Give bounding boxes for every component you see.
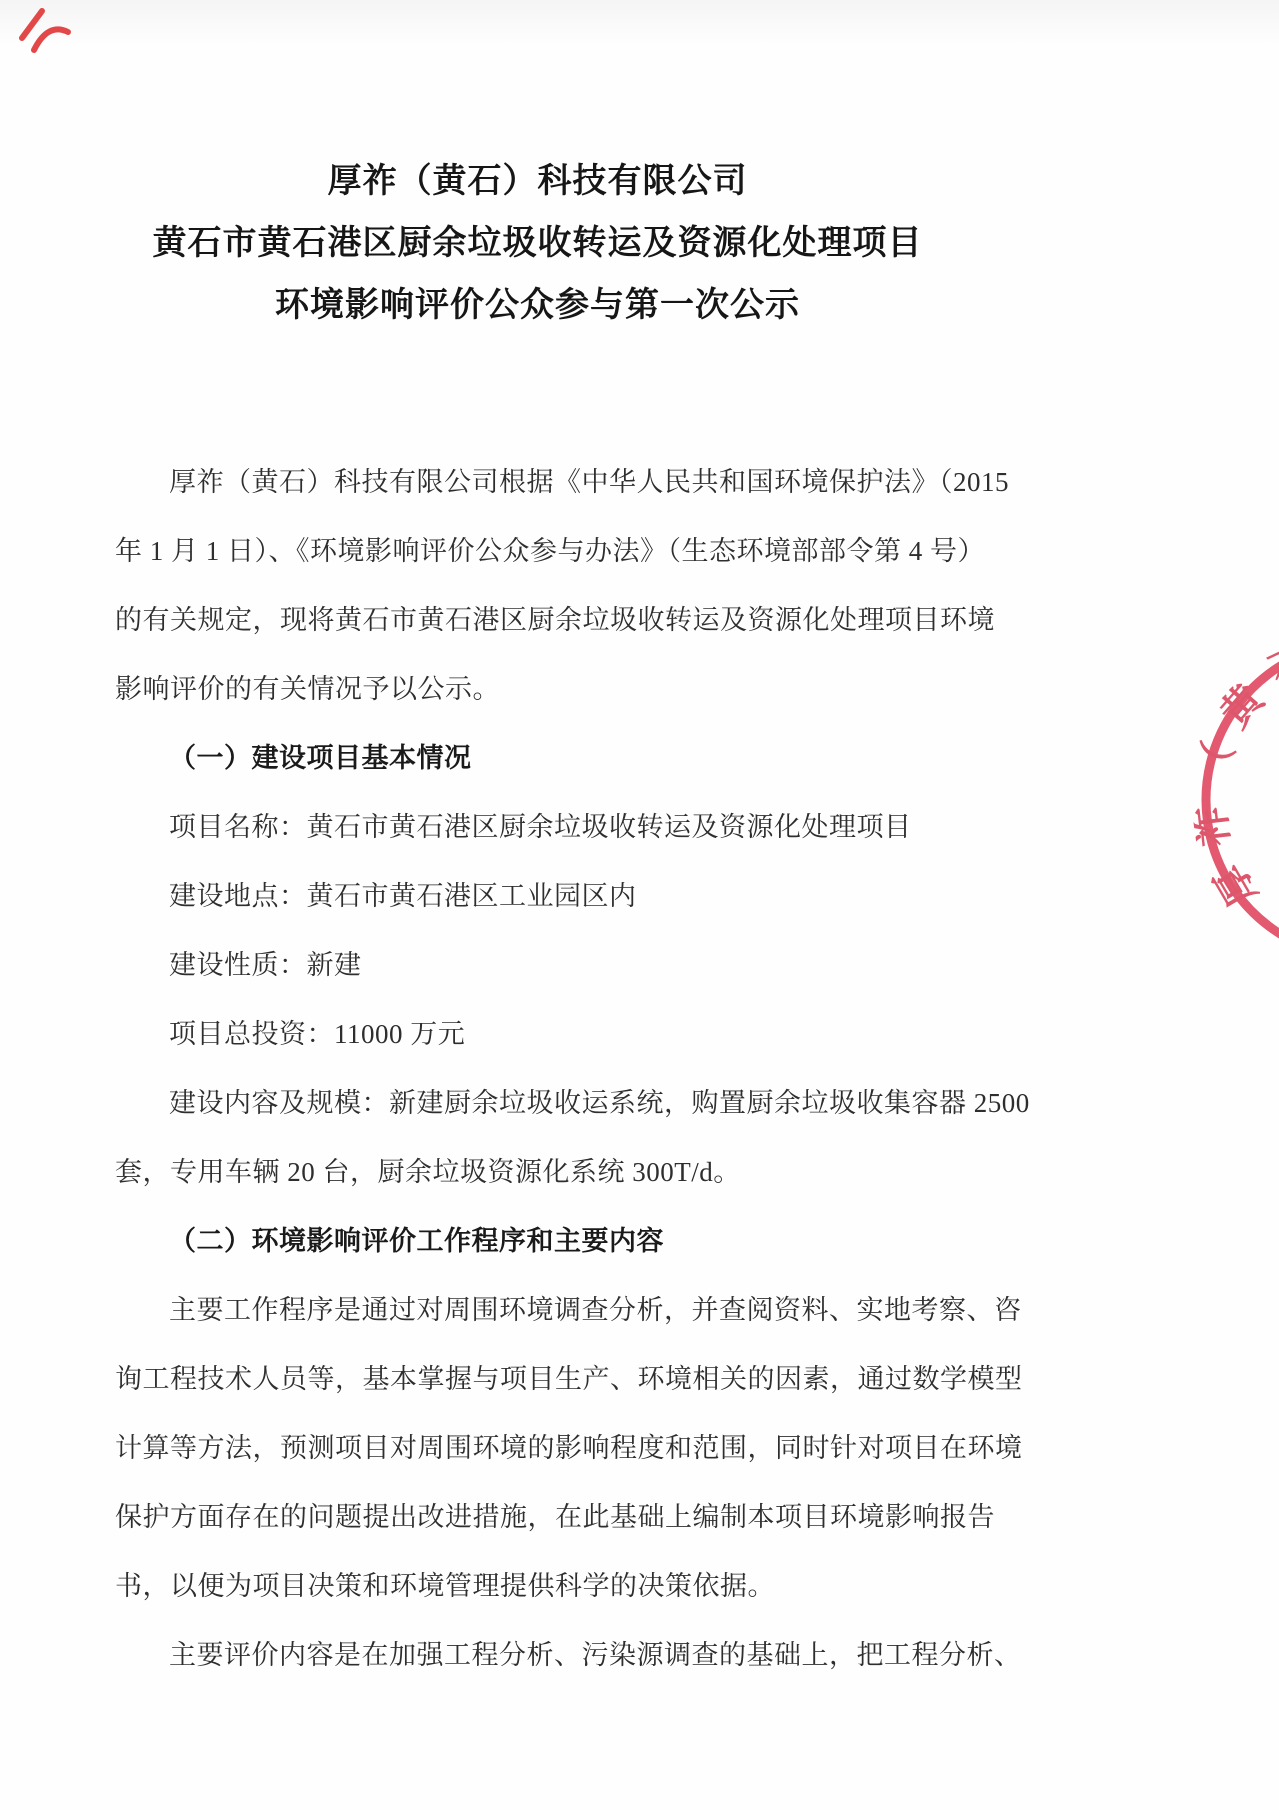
handwritten-red-mark-icon	[12, 2, 84, 64]
title-line-notice: 环境影响评价公众参与第一次公示	[115, 274, 960, 336]
body-line: （一）建设项目基本情况	[115, 724, 1075, 793]
body-line: 项目总投资：11000 万元	[115, 1000, 1075, 1069]
seal-company-text: 厚祚（黄石）科技有限公司	[1170, 606, 1279, 921]
body-line: 询工程技术人员等，基本掌握与项目生产、环境相关的因素，通过数学模型	[115, 1345, 1075, 1414]
body-line: 建设内容及规模：新建厨余垃圾收运系统，购置厨余垃圾收集容器 2500	[115, 1069, 1075, 1138]
body-line: 建设地点：黄石市黄石港区工业园区内	[115, 862, 1075, 931]
title-line-company: 厚祚（黄石）科技有限公司	[115, 150, 960, 212]
scan-edge-shade	[0, 0, 1279, 46]
title-line-project: 黄石市黄石港区厨余垃圾收转运及资源化处理项目	[115, 212, 960, 274]
document-page: 厚祚（黄石）科技有限公司 黄石市黄石港区厨余垃圾收转运及资源化处理项目 环境影响…	[0, 0, 1279, 1810]
body-line: 厚祚（黄石）科技有限公司根据《中华人民共和国环境保护法》（2015	[115, 448, 1075, 517]
body-line: 计算等方法，预测项目对周围环境的影响程度和范围，同时针对项目在环境	[115, 1414, 1075, 1483]
body-line: 书，以便为项目决策和环境管理提供科学的决策依据。	[115, 1552, 1075, 1621]
company-seal-stamp: 厚祚（黄石）科技有限公司 4202023	[1170, 606, 1279, 995]
body-line: 项目名称：黄石市黄石港区厨余垃圾收转运及资源化处理项目	[115, 793, 1075, 862]
document-title: 厚祚（黄石）科技有限公司 黄石市黄石港区厨余垃圾收转运及资源化处理项目 环境影响…	[115, 150, 960, 336]
body-line: 套，专用车辆 20 台，厨余垃圾资源化系统 300T/d。	[115, 1138, 1075, 1207]
body-line: 保护方面存在的问题提出改进措施，在此基础上编制本项目环境影响报告	[115, 1483, 1075, 1552]
body-line: （二）环境影响评价工作程序和主要内容	[115, 1207, 1075, 1276]
body-line: 的有关规定，现将黄石市黄石港区厨余垃圾收转运及资源化处理项目环境	[115, 586, 1075, 655]
body-line: 年 1 月 1 日）、《环境影响评价公众参与办法》（生态环境部部令第 4 号）	[115, 517, 1075, 586]
document-body: 厚祚（黄石）科技有限公司根据《中华人民共和国环境保护法》（2015年 1 月 1…	[115, 448, 1075, 1690]
body-line: 主要工作程序是通过对周围环境调查分析，并查阅资料、实地考察、咨	[115, 1276, 1075, 1345]
body-line: 影响评价的有关情况予以公示。	[115, 655, 1075, 724]
body-line: 主要评价内容是在加强工程分析、污染源调查的基础上，把工程分析、	[115, 1621, 1075, 1690]
body-line: 建设性质：新建	[115, 931, 1075, 1000]
